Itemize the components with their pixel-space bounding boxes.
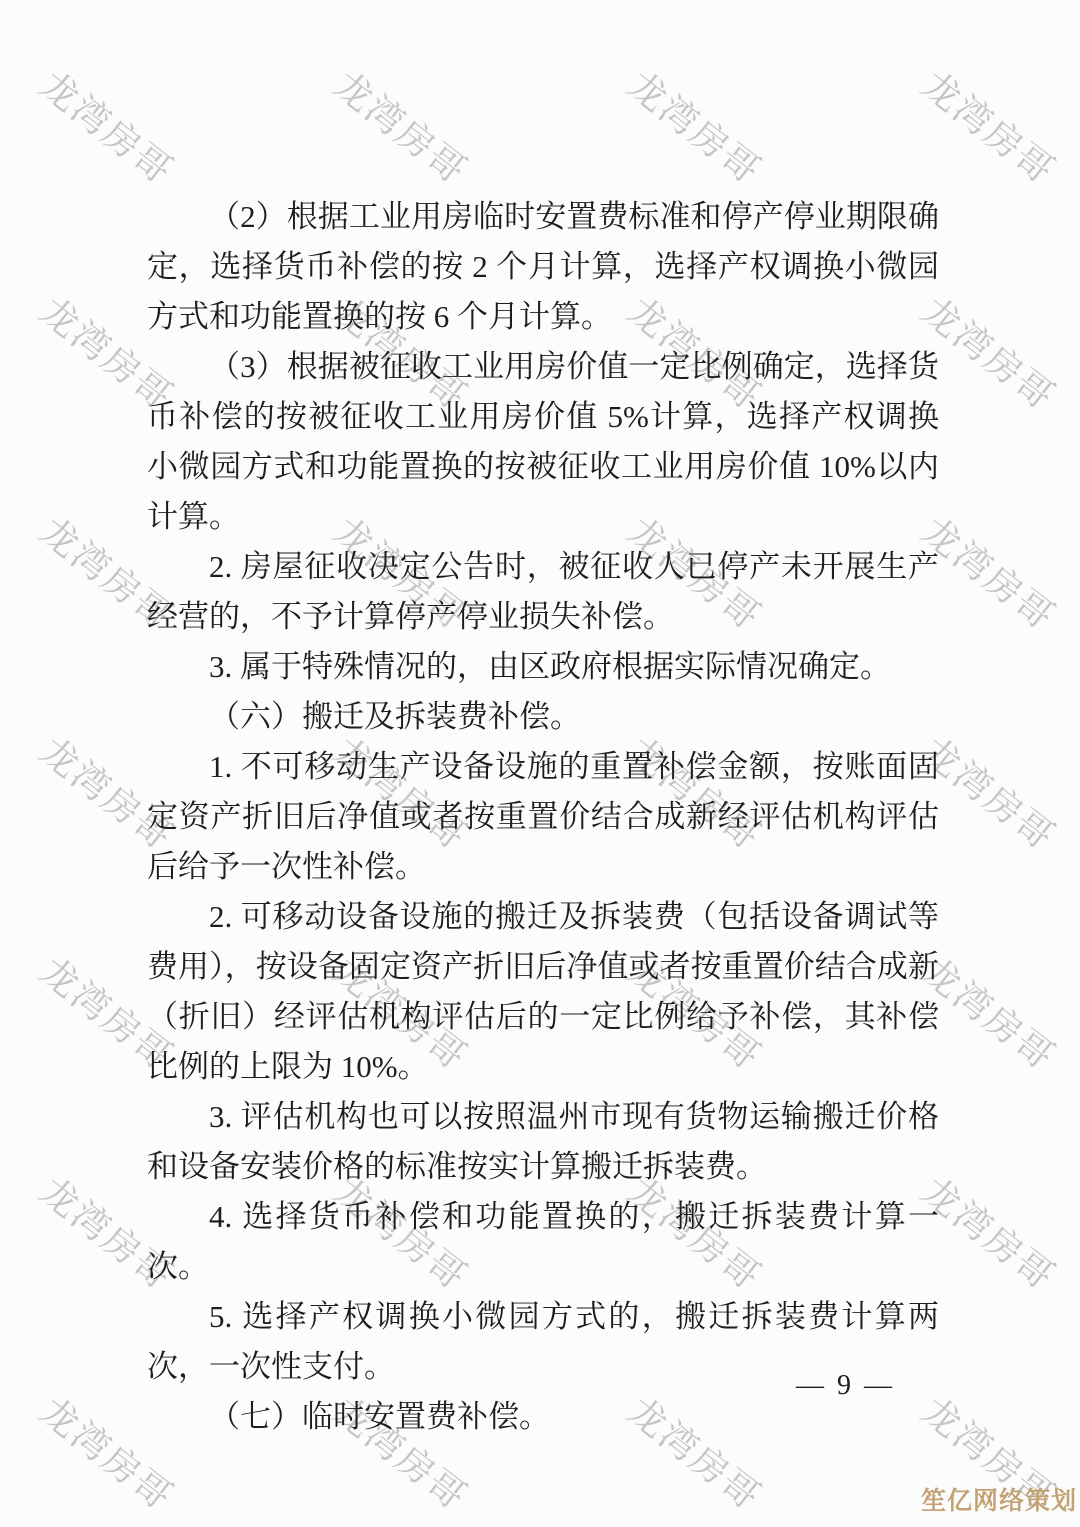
paragraph: 2. 可移动设备设施的搬迁及拆装费（包括设备调试等费用），按设备固定资产折旧后净… — [147, 892, 939, 1092]
paragraph: （2）根据工业用房临时安置费标准和停产停业期限确定，选择货币补偿的按 2 个月计… — [147, 192, 939, 342]
document-body: （2）根据工业用房临时安置费标准和停产停业期限确定，选择货币补偿的按 2 个月计… — [147, 192, 939, 1442]
paragraph: 1. 不可移动生产设备设施的重置补偿金额，按账面固定资产折旧后净值或者按重置价结… — [147, 742, 939, 892]
diagonal-watermark: 龙湾房哥 — [619, 56, 775, 195]
paragraph: 3. 评估机构也可以按照温州市现有货物运输搬迁价格和设备安装价格的标准按实计算搬… — [147, 1092, 939, 1192]
diagonal-watermark: 龙湾房哥 — [31, 56, 187, 195]
paragraph: （六）搬迁及拆装费补偿。 — [147, 692, 939, 742]
brand-watermark: 笙亿网络策划 — [921, 1481, 1077, 1517]
document-page: 龙湾房哥龙湾房哥龙湾房哥龙湾房哥龙湾房哥龙湾房哥龙湾房哥龙湾房哥龙湾房哥龙湾房哥… — [0, 0, 1080, 1527]
paragraph: 4. 选择货币补偿和功能置换的，搬迁拆装费计算一次。 — [147, 1192, 939, 1292]
paragraph: （3）根据被征收工业用房价值一定比例确定，选择货币补偿的按被征收工业用房价值 5… — [147, 342, 939, 542]
paragraph: 2. 房屋征收决定公告时，被征收人已停产未开展生产经营的，不予计算停产停业损失补… — [147, 542, 939, 642]
paragraph: 3. 属于特殊情况的，由区政府根据实际情况确定。 — [147, 642, 939, 692]
diagonal-watermark: 龙湾房哥 — [325, 56, 481, 195]
diagonal-watermark: 龙湾房哥 — [913, 56, 1069, 195]
page-number: — 9 — — [796, 1370, 895, 1402]
